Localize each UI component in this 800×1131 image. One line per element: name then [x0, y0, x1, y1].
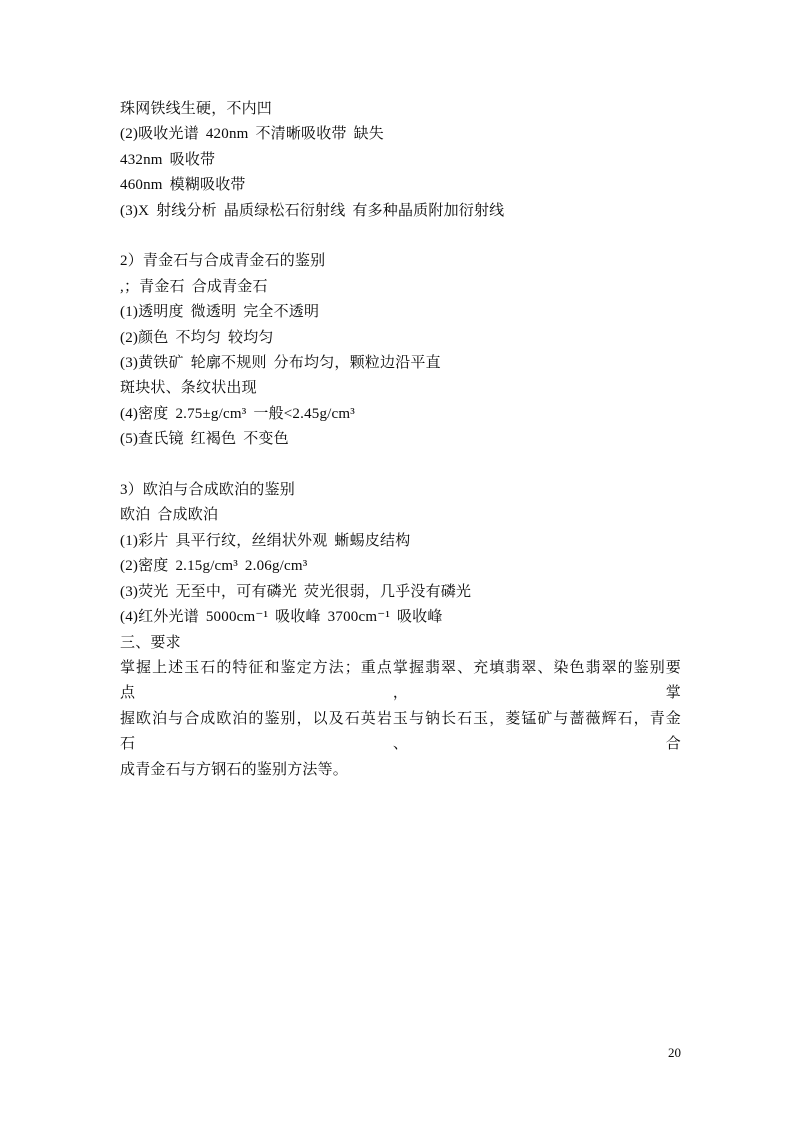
page-footer: 20 [120, 1044, 681, 1062]
doc-line: (3)黄铁矿 轮廓不规则 分布均匀，颗粒边沿平直 [120, 351, 681, 376]
doc-line: (4)红外光谱 5000cm⁻¹ 吸收峰 3700cm⁻¹ 吸收峰 [120, 605, 681, 630]
doc-line: 432nm 吸收带 [120, 148, 681, 173]
doc-line: ,；青金石 合成青金石 [120, 275, 681, 300]
doc-heading-lapis: 2）青金石与合成青金石的鉴别 [120, 249, 681, 274]
blank-line [120, 453, 681, 478]
doc-line: (3)荧光 无至中，可有磷光 荧光很弱，几乎没有磷光 [120, 580, 681, 605]
doc-line: (5)查氏镜 红褐色 不变色 [120, 427, 681, 452]
doc-line: (1)彩片 具平行纹，丝绢状外观 蜥蜴皮结构 [120, 529, 681, 554]
doc-line: 握欧泊与合成欧泊的鉴别，以及石英岩玉与钠长石玉，菱锰矿与蔷薇辉石，青金石、合 [120, 707, 681, 758]
doc-line: (3)X 射线分析 晶质绿松石衍射线 有多种晶质附加衍射线 [120, 199, 681, 224]
blank-line [120, 224, 681, 249]
doc-line: 欧泊 合成欧泊 [120, 503, 681, 528]
doc-line: 珠网铁线生硬，不内凹 [120, 97, 681, 122]
doc-heading-opal: 3）欧泊与合成欧泊的鉴别 [120, 478, 681, 503]
doc-line: (2)吸收光谱 420nm 不清晰吸收带 缺失 [120, 122, 681, 147]
doc-heading-requirements: 三、要求 [120, 631, 681, 656]
document-page: 珠网铁线生硬，不内凹 (2)吸收光谱 420nm 不清晰吸收带 缺失 432nm… [0, 0, 800, 1131]
doc-line: 斑块状、条纹状出现 [120, 376, 681, 401]
doc-line: 460nm 模糊吸收带 [120, 173, 681, 198]
doc-line: 掌握上述玉石的特征和鉴定方法；重点掌握翡翠、充填翡翠、染色翡翠的鉴别要点，掌 [120, 656, 681, 707]
doc-line: 成青金石与方钢石的鉴别方法等。 [120, 758, 681, 783]
page-number: 20 [668, 1045, 681, 1060]
document-body: 珠网铁线生硬，不内凹 (2)吸收光谱 420nm 不清晰吸收带 缺失 432nm… [120, 97, 681, 783]
doc-line: (2)颜色 不均匀 较均匀 [120, 326, 681, 351]
doc-line: (2)密度 2.15g/cm³ 2.06g/cm³ [120, 554, 681, 579]
doc-line: (1)透明度 微透明 完全不透明 [120, 300, 681, 325]
doc-line: (4)密度 2.75±g/cm³ 一般<2.45g/cm³ [120, 402, 681, 427]
